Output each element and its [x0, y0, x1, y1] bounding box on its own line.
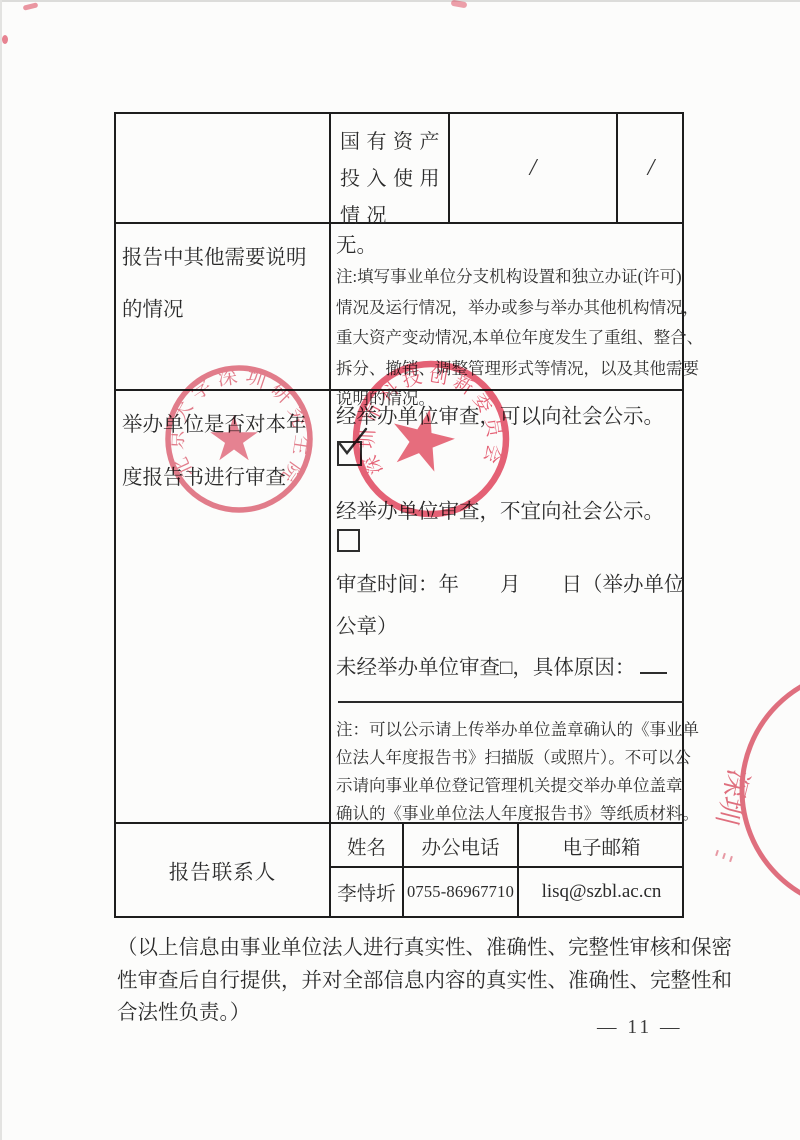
- checkbox-not-public-empty: [337, 529, 360, 552]
- scan-edge: [0, 0, 2, 1140]
- scan-edge: [0, 0, 800, 2]
- sponsor-review-note: 注：可以公示请上传举办单位盖章确认的《事业单 位法人年度报告书》扫描版（或照片）…: [336, 716, 684, 828]
- contact-header-phone: 办公电话: [404, 824, 517, 868]
- note-line: 注:填写事业单位分支机构设置和独立办证(许可): [336, 262, 682, 293]
- disclaimer: （以上信息由事业单位法人进行真实性、准确性、完整性审核和保密 性审查后自行提供，…: [117, 932, 717, 1030]
- option-public-label: 经举办单位审查，可以向社会公示。: [336, 399, 664, 429]
- contact-header-name: 姓名: [331, 824, 402, 868]
- not-reviewed-line: 未经举办单位审查□，具体原因：: [336, 650, 667, 680]
- disclaimer-line: （以上信息由事业单位法人进行真实性、准确性、完整性审核和保密: [117, 932, 717, 965]
- contact-name: 李恃圻: [331, 868, 402, 916]
- scan-artifact: [2, 35, 8, 44]
- page-number: — 11 —: [597, 1017, 683, 1039]
- scan-artifact: [23, 2, 39, 10]
- fill-in-blank: [640, 653, 667, 674]
- contact-header-email: 电子邮箱: [519, 824, 684, 868]
- review-time-line2: 公章）: [336, 609, 398, 639]
- check-icon: [331, 424, 369, 458]
- label-line: 投入使用: [340, 161, 446, 198]
- note-line: 位法人年度报告书》扫描版（或照片）。不可以公: [336, 744, 684, 772]
- asset-usage-value-1: /: [450, 114, 616, 222]
- contact-email: lisq@szbl.ac.cn: [519, 868, 684, 916]
- sponsor-review-label: 举办单位是否对本年 度报告书进行审查: [122, 399, 328, 505]
- label-line: 举办单位是否对本年: [122, 399, 328, 452]
- label-line: 国有资产: [340, 124, 446, 161]
- option-not-public-label: 经举办单位审查，不宜向社会公示。: [336, 494, 664, 524]
- note-line: 注：可以公示请上传举办单位盖章确认的《事业单: [336, 716, 684, 744]
- not-reviewed-text: 未经举办单位审查□，具体原因：: [336, 657, 635, 679]
- label-line: 度报告书进行审查: [122, 452, 328, 505]
- review-time-line: 审查时间：年 月 日（举办单位: [336, 567, 685, 597]
- fill-in-line: [338, 701, 684, 703]
- other-matters-label: 报告中其他需要说明 的情况: [122, 232, 328, 336]
- other-matters-note: 注:填写事业单位分支机构设置和独立办证(许可) 情况及运行情况，举办或参与举办其…: [336, 262, 682, 415]
- note-line: 重大资产变动情况,本单位年度发生了重组、整合、: [336, 323, 682, 354]
- contact-label: 报告联系人: [116, 824, 329, 916]
- table-grid-line: [329, 114, 331, 916]
- contact-phone: 0755-86967710: [404, 868, 517, 916]
- edge-seal-stamp: 深圳: [702, 652, 800, 932]
- label-line: 报告中其他需要说明: [122, 232, 328, 284]
- note-line: 示请向事业单位登记管理机关提交举办单位盖章: [336, 772, 684, 800]
- note-line: 情况及运行情况，举办或参与举办其他机构情况，: [336, 293, 682, 324]
- asset-usage-value-2: /: [618, 114, 684, 222]
- asset-usage-label: 国有资产 投入使用 情况: [340, 124, 446, 235]
- label-line: 的情况: [122, 284, 328, 336]
- scanned-report-page: 国有资产 投入使用 情况 / / 报告中其他需要说明 的情况 无。 注:填写事业…: [0, 0, 800, 1140]
- note-line: 拆分、撤销、调整管理形式等情况，以及其他需要: [336, 354, 682, 385]
- disclaimer-line: 性审查后自行提供，并对全部信息内容的真实性、准确性、完整性和: [117, 965, 717, 998]
- other-matters-value: 无。: [336, 228, 377, 258]
- edge-seal-char: 深圳: [710, 766, 755, 828]
